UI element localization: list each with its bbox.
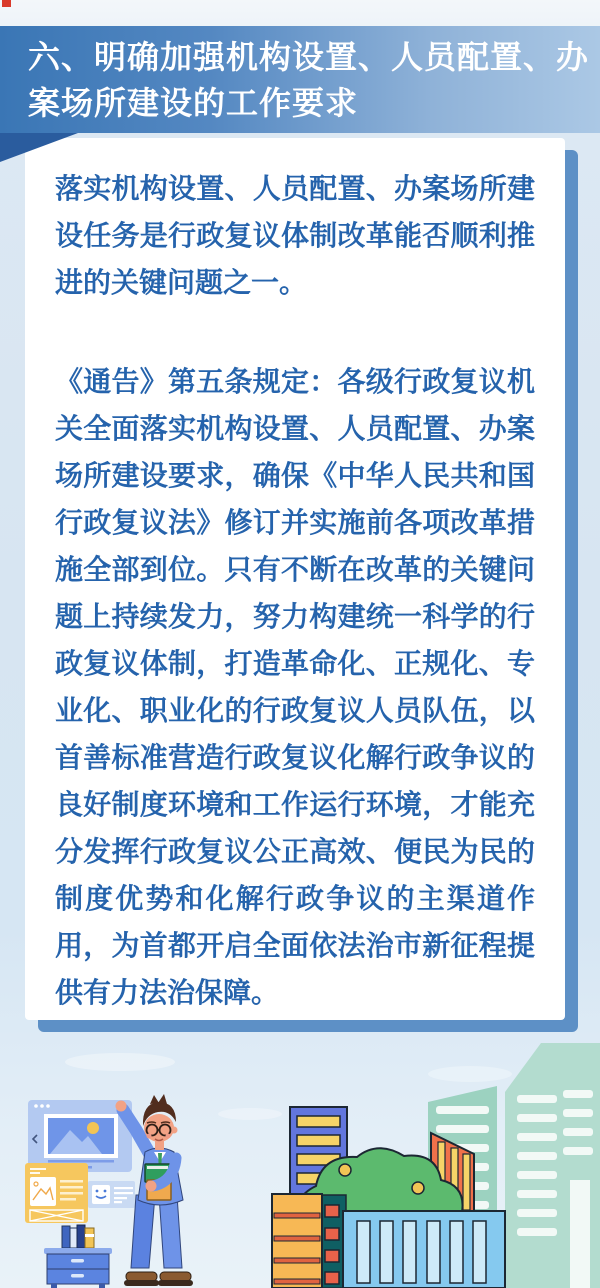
books-graphic [62,1225,94,1248]
section-title-banner: 六、明确加强机构设置、人员配置、办 案场所建设的工作要求 [0,26,600,133]
text-line: 分发挥行政复议公正高效、便民为民的 [55,828,535,875]
banner-fold-triangle [0,133,78,162]
text-line: 《通告》第五条规定：各级行政复议机 [55,358,535,405]
section-title-line-1: 六、明确加强机构设置、人员配置、办 [28,34,600,80]
section-title-line-2: 案场所建设的工作要求 [28,80,600,126]
bookshelf-graphic [44,1225,112,1288]
id-card-graphic [88,1181,135,1208]
text-line: 题上持续发力，努力构建统一科学的行 [55,593,535,640]
text-line: 进的关键问题之一。 [55,259,535,306]
text-line: 制度优势和化解行政争议的主渠道作 [55,875,535,922]
yellow-building-graphic [272,1194,322,1288]
text-line: 政复议体制，打造革命化、正规化、专 [55,640,535,687]
text-line: 首善标准营造行政复议化解行政争议的 [55,734,535,781]
document-card-graphic [25,1163,88,1223]
text-line: 业化、职业化的行政复议人员队伍，以 [55,687,535,734]
text-line: 关全面落实机构设置、人员配置、办案 [55,405,535,452]
browser-window-graphic [28,1100,132,1172]
content-card: 落实机构设置、人员配置、办案场所建设任务是行政复议体制改革能否顺利推进的关键问题… [25,138,565,1020]
text-line: 良好制度环境和工作运行环境，才能充 [55,781,535,828]
text-line: 用，为首都开启全面依法治市新征程提 [55,922,535,969]
corner-accent [2,0,11,7]
lightblue-building-graphic [343,1211,505,1288]
text-line: 场所建设要求，确保《中华人民共和国 [55,452,535,499]
text-line: 供有力法治保障。 [55,969,535,1016]
text-line: 行政复议法》修订并实施前各项改革措 [55,499,535,546]
text-line: 落实机构设置、人员配置、办案场所建 [55,165,535,212]
infographic-page: { "header": { "title_lines": [ "六、明确加强机构… [0,0,600,1288]
city-and-presenter-illustration [0,1040,600,1288]
paragraph-2: 《通告》第五条规定：各级行政复议机关全面落实机构设置、人员配置、办案场所建设要求… [55,358,535,1016]
paragraph-1: 落实机构设置、人员配置、办案场所建设任务是行政复议体制改革能否顺利推进的关键问题… [55,165,535,306]
text-line: 设任务是行政复议体制改革能否顺利推 [55,212,535,259]
text-line: 施全部到位。只有不断在改革的关键问 [55,546,535,593]
